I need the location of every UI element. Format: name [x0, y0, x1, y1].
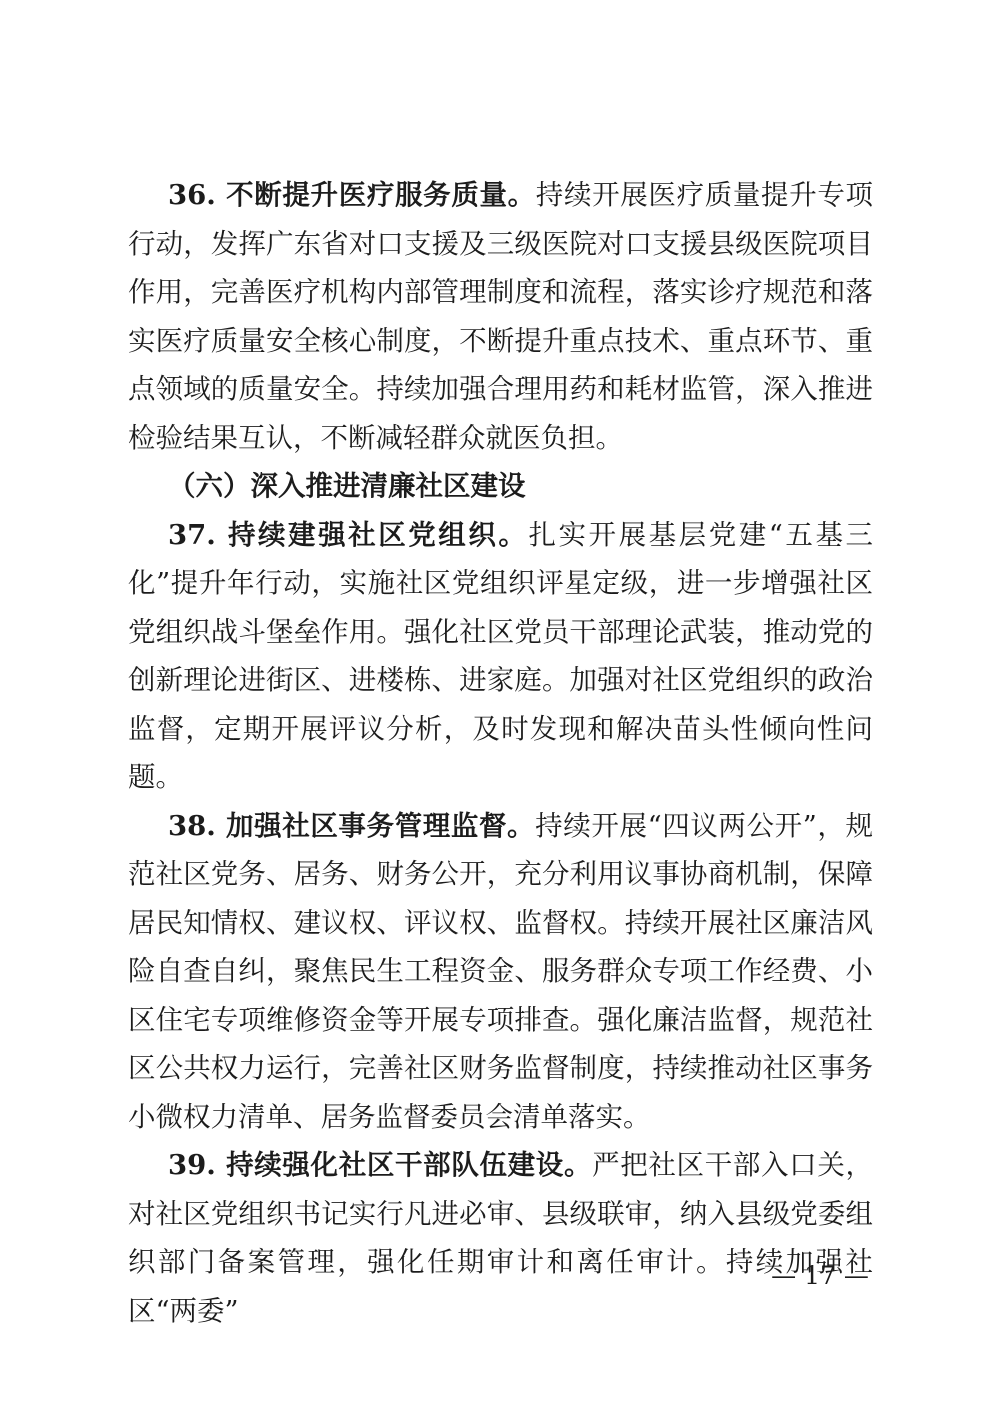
item-39-title: 39. 持续强化社区干部队伍建设。 — [168, 1149, 592, 1181]
document-body: 36. 不断提升医疗服务质量。持续开展医疗质量提升专项行动，发挥广东省对口支援及… — [128, 171, 873, 1335]
section-heading-6: （六）深入推进清廉社区建设 — [128, 462, 873, 511]
item-37-title: 37. 持续建强社区党组织。 — [168, 519, 528, 551]
item-36-text: 持续开展医疗质量提升专项行动，发挥广东省对口支援及三级医院对口支援县级医院项目作… — [128, 179, 873, 454]
page-number: — 17 — — [745, 1261, 895, 1291]
item-38-text: 持续开展“四议两公开”，规范社区党务、居务、财务公开，充分利用议事协商机制，保障… — [128, 810, 873, 1133]
document-page: 36. 不断提升医疗服务质量。持续开展医疗质量提升专项行动，发挥广东省对口支援及… — [0, 0, 1000, 1414]
paragraph-item-39: 39. 持续强化社区干部队伍建设。严把社区干部入口关，对社区党组织书记实行凡进必… — [128, 1141, 873, 1335]
item-38-title: 38. 加强社区事务管理监督。 — [168, 810, 535, 842]
paragraph-item-38: 38. 加强社区事务管理监督。持续开展“四议两公开”，规范社区党务、居务、财务公… — [128, 802, 873, 1142]
paragraph-item-36: 36. 不断提升医疗服务质量。持续开展医疗质量提升专项行动，发挥广东省对口支援及… — [128, 171, 873, 462]
section-heading-6-title: （六）深入推进清廉社区建设 — [168, 470, 526, 502]
item-36-title: 36. 不断提升医疗服务质量。 — [168, 179, 536, 211]
item-37-text: 扎实开展基层党建“五基三化”提升年行动，实施社区党组织评星定级，进一步增强社区党… — [128, 519, 873, 794]
paragraph-item-37: 37. 持续建强社区党组织。扎实开展基层党建“五基三化”提升年行动，实施社区党组… — [128, 511, 873, 802]
